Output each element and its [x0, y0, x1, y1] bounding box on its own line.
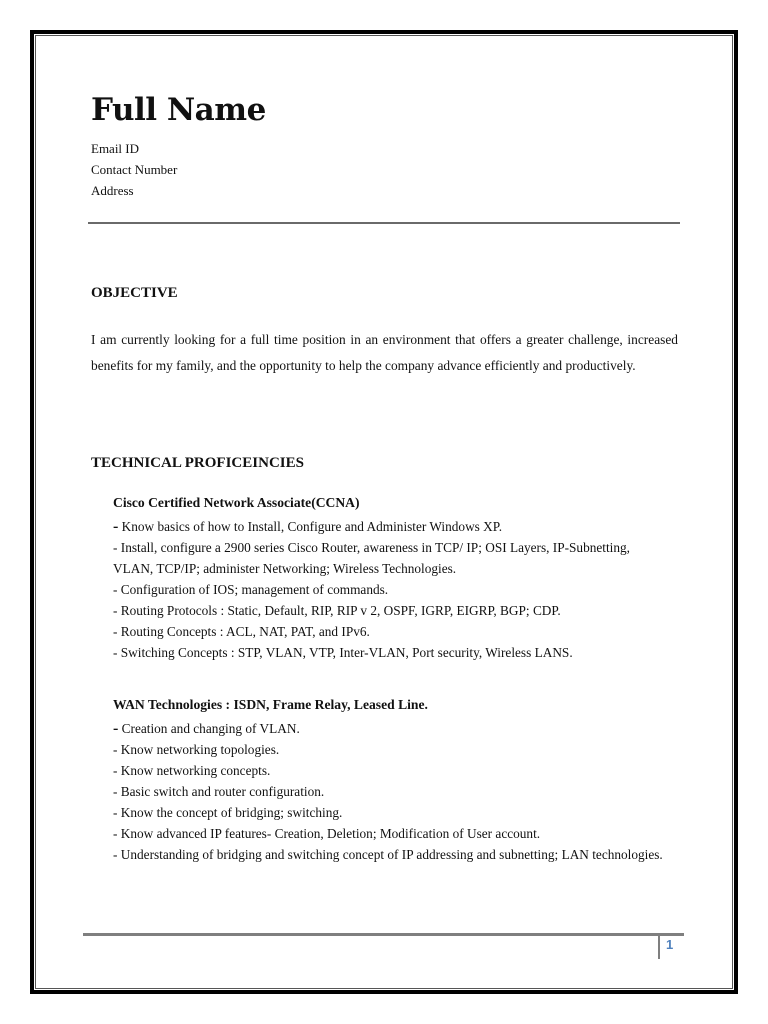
skill-group-title: WAN Technologies : ISDN, Frame Relay, Le… [113, 695, 673, 715]
full-name: Full Name [91, 92, 266, 128]
page-number: 1 [666, 937, 673, 952]
skill-item: - Switching Concepts : STP, VLAN, VTP, I… [113, 642, 673, 663]
address-line: Address [91, 180, 177, 201]
skill-item-text: Switching Concepts : STP, VLAN, VTP, Int… [117, 645, 572, 660]
contact-number-line: Contact Number [91, 159, 177, 180]
footer-divider [83, 933, 684, 936]
skill-item-text: Configuration of IOS; management of comm… [117, 582, 388, 597]
skill-item: - Routing Protocols : Static, Default, R… [113, 600, 673, 621]
objective-heading: OBJECTIVE [91, 285, 178, 302]
skill-item: - Configuration of IOS; management of co… [113, 579, 673, 600]
skill-group-wan: WAN Technologies : ISDN, Frame Relay, Le… [113, 695, 673, 865]
skill-item-text: Creation and changing of VLAN. [118, 721, 299, 736]
skill-item: - Install, configure a 2900 series Cisco… [113, 537, 673, 579]
skill-item: - Basic switch and router configuration. [113, 781, 673, 802]
skill-item: - Know advanced IP features- Creation, D… [113, 823, 673, 844]
skill-item-text: Know networking concepts. [117, 763, 270, 778]
skill-item-text: Routing Concepts : ACL, NAT, PAT, and IP… [117, 624, 369, 639]
skill-item-text: Understanding of bridging and switching … [117, 847, 662, 862]
skill-list: - Creation and changing of VLAN.- Know n… [113, 718, 673, 865]
technical-heading: TECHNICAL PROFICEINCIES [91, 455, 304, 472]
contact-block: Email ID Contact Number Address [91, 138, 177, 201]
skill-list: - Know basics of how to Install, Configu… [113, 516, 673, 663]
footer-page-separator [658, 934, 660, 959]
skill-item-text: Know networking topologies. [117, 742, 279, 757]
skill-item: - Creation and changing of VLAN. [113, 718, 673, 739]
skill-group-title: Cisco Certified Network Associate(CCNA) [113, 493, 673, 513]
skill-item: - Know the concept of bridging; switchin… [113, 802, 673, 823]
skill-item: - Routing Concepts : ACL, NAT, PAT, and … [113, 621, 673, 642]
skill-item-text: Basic switch and router configuration. [117, 784, 324, 799]
skill-item-text: Know advanced IP features- Creation, Del… [117, 826, 540, 841]
skill-item: - Know basics of how to Install, Configu… [113, 516, 673, 537]
objective-text: I am currently looking for a full time p… [91, 327, 678, 378]
skill-item: - Understanding of bridging and switchin… [113, 844, 673, 865]
skill-item-text: Install, configure a 2900 series Cisco R… [113, 540, 630, 576]
skill-item-text: Routing Protocols : Static, Default, RIP… [117, 603, 560, 618]
skill-item: - Know networking topologies. [113, 739, 673, 760]
skill-item-text: Know the concept of bridging; switching. [117, 805, 342, 820]
skill-item-text: Know basics of how to Install, Configure… [118, 519, 502, 534]
skill-group-ccna: Cisco Certified Network Associate(CCNA) … [113, 493, 673, 663]
header-divider [88, 222, 680, 224]
skill-item: - Know networking concepts. [113, 760, 673, 781]
email-line: Email ID [91, 138, 177, 159]
